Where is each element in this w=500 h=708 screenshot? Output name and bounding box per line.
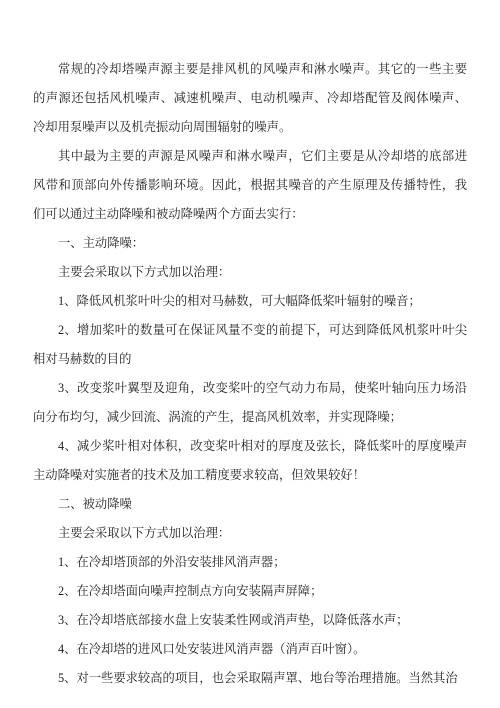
text-line: 二、被动降噪	[33, 490, 467, 519]
text-line: 5、对一些要求较高的项目，也会采取隔声罩、地台等治理措施。当然其治	[33, 664, 467, 693]
text-line: 2、在冷却塔面向噪声控制点方向安装隔声屏障；	[33, 577, 467, 606]
document-page: 常规的冷却塔噪声源主要是排风机的风噪声和淋水噪声。其它的一些主要的声源还包括风机…	[0, 0, 500, 708]
text-line: 相对马赫数的目的	[33, 345, 467, 374]
text-line: 主动降噪对实施者的技术及加工精度要求较高，但效果较好！	[33, 461, 467, 490]
text-line: 1、在冷却塔顶部的外沿安装排风消声器；	[33, 548, 467, 577]
text-line: 风带和顶部向外传播影响环境。因此，根据其噪音的产生原理及传播特性，我	[33, 171, 467, 200]
text-line: 一、主动降噪：	[33, 229, 467, 258]
text-line: 的声源还包括风机噪声、减速机噪声、电动机噪声、冷却塔配管及阀体噪声、	[33, 84, 467, 113]
text-line: 们可以通过主动降噪和被动降噪两个方面去实行：	[33, 200, 467, 229]
text-line: 常规的冷却塔噪声源主要是排风机的风噪声和淋水噪声。其它的一些主要	[33, 55, 467, 84]
text-line: 3、在冷却塔底部接水盘上安装柔性网或消声垫，以降低落水声；	[33, 606, 467, 635]
text-line: 主要会采取以下方式加以治理：	[33, 519, 467, 548]
text-line: 1、降低风机浆叶叶尖的相对马赫数，可大幅降低桨叶辐射的噪音；	[33, 287, 467, 316]
text-line: 向分布均匀，减少回流、涡流的产生，提高风机效率，并实现降噪；	[33, 403, 467, 432]
text-line: 主要会采取以下方式加以治理：	[33, 258, 467, 287]
text-line: 4、减少桨叶相对体积，改变桨叶相对的厚度及弦长，降低桨叶的厚度噪声	[33, 432, 467, 461]
document-content: 常规的冷却塔噪声源主要是排风机的风噪声和淋水噪声。其它的一些主要的声源还包括风机…	[33, 55, 467, 693]
text-line: 其中最为主要的声源是风噪声和淋水噪声，它们主要是从冷却塔的底部进	[33, 142, 467, 171]
text-line: 冷却用泵噪声以及机壳振动向周围辐射的噪声。	[33, 113, 467, 142]
text-line: 3、改变浆叶翼型及迎角，改变桨叶的空气动力布局，使桨叶轴向压力场沿	[33, 374, 467, 403]
text-line: 4、在冷却塔的进风口处安装进风消声器（消声百叶窗）。	[33, 635, 467, 664]
text-line: 2、增加桨叶的数量可在保证风量不变的前提下，可达到降低风机浆叶叶尖	[33, 316, 467, 345]
